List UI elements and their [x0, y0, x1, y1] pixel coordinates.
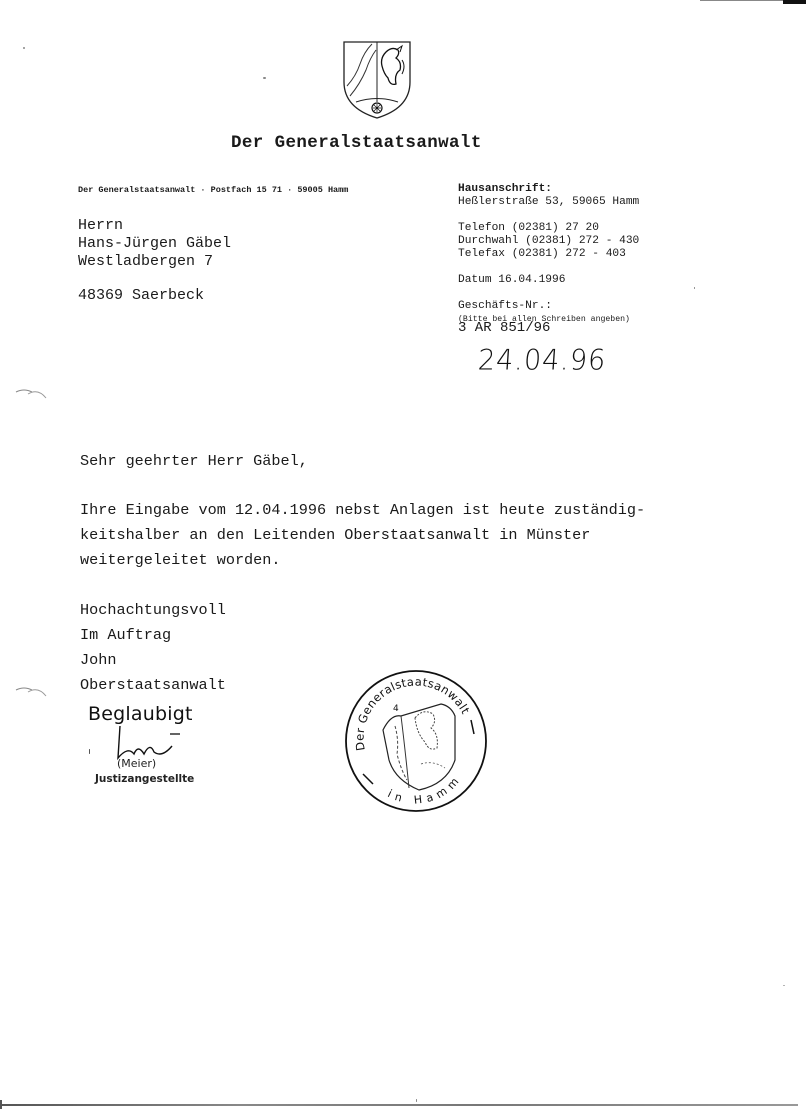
letter-date: Datum 16.04.1996	[458, 274, 565, 288]
recipient-city: 48369 Saerbeck	[78, 287, 204, 305]
greeting: Sehr geehrter Herr Gäbel,	[80, 452, 308, 470]
telefax: Telefax (02381) 272 - 403	[458, 248, 626, 262]
scan-speck	[23, 47, 25, 49]
recipient-name: Hans-Jürgen Gäbel	[78, 235, 231, 253]
scan-speck	[263, 77, 266, 79]
official-seal-icon: Der Generalstaatsanwalt in Hamm 4	[343, 668, 489, 814]
clerk-title: Justizangestellte	[95, 773, 194, 785]
signer-name: John	[80, 651, 116, 669]
scan-speck	[694, 287, 695, 289]
certified-stamp-label: Beglaubigt	[88, 703, 193, 725]
scan-speck	[783, 985, 785, 986]
sender-address: Heßlerstraße 53, 59065 Hamm	[458, 196, 639, 210]
reference-number: 3 AR 851/96	[458, 322, 550, 336]
scan-edge-top	[700, 0, 783, 1]
scan-speck	[416, 1099, 417, 1102]
telefon: Telefon (02381) 27 20	[458, 222, 599, 236]
scan-edge-corner-bottom	[0, 1100, 2, 1109]
margin-mark-icon	[14, 684, 48, 700]
closing: Hochachtungsvoll	[80, 601, 226, 619]
body-line: keitshalber an den Leitenden Oberstaatsa…	[80, 526, 590, 544]
body-line: Ihre Eingabe vom 12.04.1996 nebst Anlage…	[80, 501, 645, 519]
address-label: Hausanschrift:	[458, 183, 552, 197]
durchwahl: Durchwahl (02381) 272 - 430	[458, 235, 639, 249]
return-address-line: Der Generalstaatsanwalt · Postfach 15 71…	[78, 185, 348, 195]
scan-edge-corner	[783, 0, 806, 4]
body-line: weitergeleitet worden.	[80, 551, 281, 569]
clerk-name: (Meier)	[117, 757, 156, 770]
scan-edge-bottom	[0, 1104, 798, 1106]
recipient-street: Westladbergen 7	[78, 253, 213, 271]
coat-of-arms-icon	[342, 40, 412, 120]
letterhead-title: Der Generalstaatsanwalt	[231, 133, 482, 153]
recipient-salutation: Herrn	[78, 217, 123, 235]
scan-speck	[89, 749, 90, 754]
handwritten-received-date: 24.04.96	[477, 344, 608, 377]
signer-title: Oberstaatsanwalt	[80, 676, 226, 694]
seal-number: 4	[393, 704, 399, 714]
margin-mark-icon	[14, 386, 48, 402]
reference-label: Geschäfts-Nr.:	[458, 300, 552, 314]
by-order: Im Auftrag	[80, 626, 171, 644]
